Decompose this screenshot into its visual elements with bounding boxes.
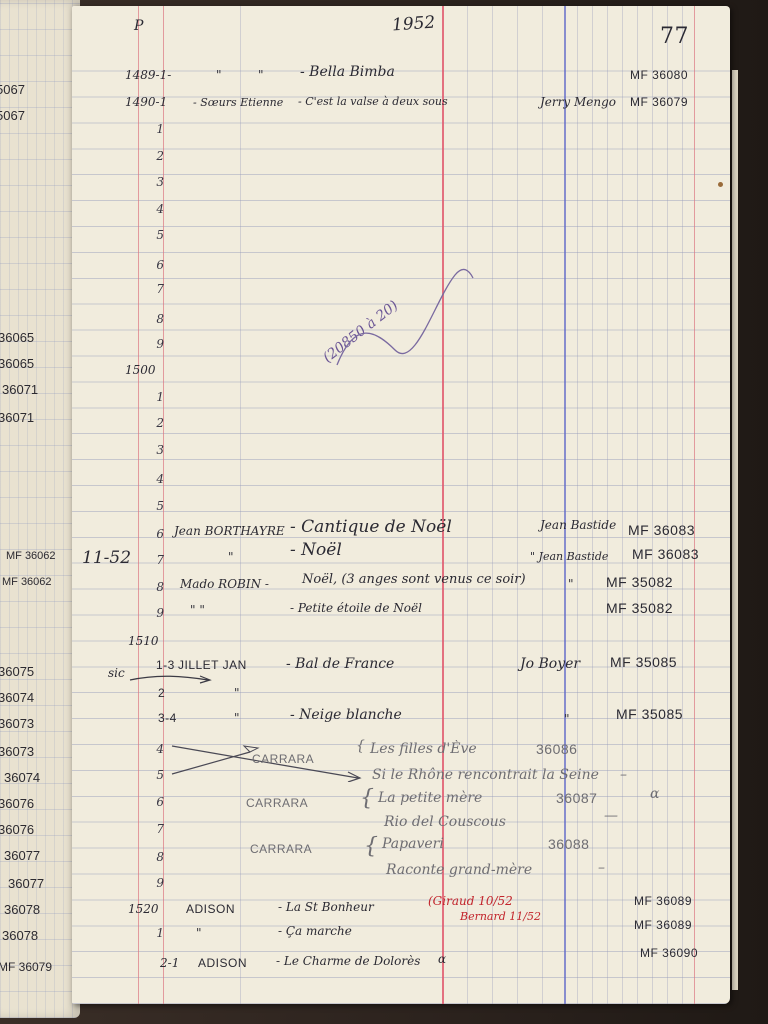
entry-ref: 36088	[548, 836, 589, 852]
entry-number: 1-3	[156, 658, 175, 672]
entry-artist: CARRARA	[250, 842, 312, 856]
entry-artist: Mado ROBIN -	[180, 577, 269, 591]
left-ref: 36076	[0, 796, 34, 811]
entry-title: - Ça marche	[278, 924, 352, 938]
line-number: 9	[150, 876, 164, 890]
entry-title: - Bal de France	[286, 656, 394, 672]
entry-ref: MF 36089	[634, 894, 692, 908]
left-ref: 36073	[0, 716, 34, 731]
entry-artist: Jean BORTHAYRE	[174, 524, 285, 538]
entry-ref: MF 36090	[640, 946, 698, 960]
margin-date: 11-52	[82, 548, 131, 568]
entry-title: Si le Rhône rencontrait la Seine	[372, 767, 599, 783]
line-number: 7	[150, 282, 164, 296]
line-number: 8	[150, 850, 164, 864]
alpha-mark: α	[650, 786, 659, 802]
entry-artist: "	[228, 550, 234, 564]
left-ref: 36071	[2, 382, 38, 397]
entry-title: - Petite étoile de Noël	[290, 601, 422, 615]
left-ref: 36076	[0, 822, 34, 837]
line-number: 8	[150, 312, 164, 326]
line-number: 8	[150, 580, 164, 594]
entry-number: 3-4	[158, 711, 177, 725]
entry-title: Les filles d'Ève	[370, 741, 477, 757]
margin-line	[564, 6, 566, 1004]
entry-title: - Le Charme de Dolorès	[276, 954, 420, 968]
column-line	[682, 6, 683, 1004]
margin-line	[694, 6, 695, 1004]
column-line	[240, 6, 241, 1004]
entry-title: Noël, (3 anges sont venus ce soir)	[302, 572, 526, 587]
margin-line	[442, 6, 444, 1004]
red-note: (Giraud 10/52	[428, 894, 513, 908]
line-number: 5	[150, 228, 164, 242]
left-ref: 36074	[0, 690, 34, 705]
left-ref: 36075	[0, 664, 34, 679]
entry-number: 2-1	[160, 956, 179, 970]
dash: –	[598, 860, 605, 876]
entry-artist: " "	[190, 603, 205, 617]
page-marker: P	[134, 18, 143, 34]
red-note: Bernard 11/52	[460, 910, 541, 923]
brace: {	[360, 786, 374, 811]
entry-ref: MF 36080	[630, 68, 688, 82]
column-line	[592, 6, 593, 1004]
ledger-page	[72, 6, 730, 1004]
left-ref: 36074	[4, 770, 40, 785]
dash: –	[620, 767, 627, 783]
margin-line	[138, 6, 139, 1004]
left-ref: 36065	[0, 356, 34, 371]
column-line	[542, 6, 543, 1004]
entry-title: - Cantique de Noël	[290, 517, 452, 537]
entry-author: Jean Bastide	[540, 518, 616, 532]
entry-number: 1489-1-	[125, 68, 171, 82]
entry-author: Jerry Mengo	[540, 95, 616, 109]
entry-number: 1490-1	[125, 95, 167, 109]
left-page: 5067 5067 36065 36065 36071 36071 MF 360…	[0, 0, 80, 1018]
column-line	[492, 6, 493, 1004]
line-number: 9	[150, 606, 164, 620]
left-ref: 36078	[4, 902, 40, 917]
entry-title: Rio del Couscous	[384, 814, 506, 830]
column-line	[637, 6, 638, 1004]
line-number: 7	[150, 822, 164, 836]
entry-artist: "	[216, 68, 222, 82]
entry-artist: "	[196, 926, 202, 940]
line-number: 3	[150, 175, 164, 189]
column-line	[607, 6, 608, 1004]
entry-ref: MF 36089	[634, 918, 692, 932]
entry-ref: MF 36083	[632, 546, 699, 562]
left-ref: 5067	[0, 108, 25, 123]
entry-artist: CARRARA	[246, 796, 308, 810]
page-number: 77	[660, 24, 689, 49]
left-ref: 36078	[2, 928, 38, 943]
entry-artist: "	[234, 686, 240, 700]
line-number: 4	[150, 202, 164, 216]
column-line	[577, 6, 578, 1004]
column-line	[622, 6, 623, 1004]
entry-ref: MF 36079	[630, 95, 688, 109]
entry-ref: MF 35082	[606, 600, 673, 616]
line-number: 9	[150, 337, 164, 351]
brace: {	[364, 834, 378, 859]
entry-title: - Noël	[290, 540, 342, 560]
left-ref: 36077	[8, 876, 44, 891]
left-ref: MF 36062	[2, 576, 52, 588]
entry-ref: MF 35082	[606, 574, 673, 590]
entry-artist: - Sœurs Etienne	[193, 96, 283, 109]
left-ref: 5067	[0, 82, 25, 97]
dash: —	[604, 808, 618, 824]
left-ref: 36073	[0, 744, 34, 759]
entry-artist: ADISON	[186, 902, 235, 916]
entry-artist: JILLET JAN	[178, 658, 247, 672]
entry-author: "	[564, 712, 570, 726]
block-number: 1510	[128, 634, 159, 648]
arrow-icon	[128, 672, 218, 686]
left-ref: MF 36079	[0, 960, 52, 974]
line-number: 3	[150, 443, 164, 457]
line-number: 1	[150, 390, 164, 404]
entry-title: - C'est la valse à deux sous	[298, 95, 448, 108]
entry-title: - Neige blanche	[290, 707, 402, 723]
line-number: 2	[150, 416, 164, 430]
entry-title: - La St Bonheur	[278, 900, 374, 914]
line-number: 1	[150, 122, 164, 136]
entry-ref: MF 35085	[616, 706, 683, 722]
entry-artist: CARRARA	[252, 752, 314, 766]
entry-ref: 36087	[556, 790, 597, 806]
block-number: 1500	[125, 363, 156, 377]
left-ref: 36077	[4, 848, 40, 863]
entry-title: - Bella Bimba	[300, 64, 395, 80]
entry-ref: MF 36083	[628, 522, 695, 538]
line-number: 5	[150, 499, 164, 513]
entry-author: "	[568, 577, 574, 591]
line-number: 1	[150, 926, 164, 940]
line-number: 6	[150, 527, 164, 541]
left-ref: MF 36062	[6, 550, 56, 562]
column-line	[652, 6, 653, 1004]
entry-number: 2	[158, 686, 165, 700]
page-edge	[732, 70, 738, 990]
entry-ref: 36086	[536, 741, 577, 757]
entry-title: Papaveri	[382, 836, 444, 852]
column-line	[517, 6, 518, 1004]
entry-artist: ADISON	[198, 956, 247, 970]
entry-author: Jo Boyer	[520, 656, 580, 672]
paper-spot	[718, 182, 723, 187]
line-number: 4	[150, 472, 164, 486]
entry-title: La petite mère	[378, 790, 482, 806]
block-number: 1520	[128, 902, 159, 916]
left-ref: 36065	[0, 330, 34, 345]
brace: {	[356, 738, 365, 754]
sic-note: sic	[108, 666, 125, 680]
column-line	[467, 6, 468, 1004]
alpha-mark: α	[438, 952, 446, 966]
line-number: 4	[150, 742, 164, 756]
line-number: 6	[150, 795, 164, 809]
line-number: 5	[150, 768, 164, 782]
line-number: 7	[150, 553, 164, 567]
column-line	[667, 6, 668, 1004]
line-number: 6	[150, 258, 164, 272]
entry-artist: "	[234, 711, 240, 725]
annotation-swash	[335, 260, 475, 370]
left-ref: 36071	[0, 410, 34, 425]
entry-artist: "	[258, 68, 264, 82]
entry-ref: MF 35085	[610, 654, 677, 670]
year-heading: 1952	[391, 13, 436, 36]
entry-author: " Jean Bastide	[530, 550, 608, 563]
entry-title: Raconte grand-mère	[386, 862, 532, 878]
line-number: 2	[150, 149, 164, 163]
